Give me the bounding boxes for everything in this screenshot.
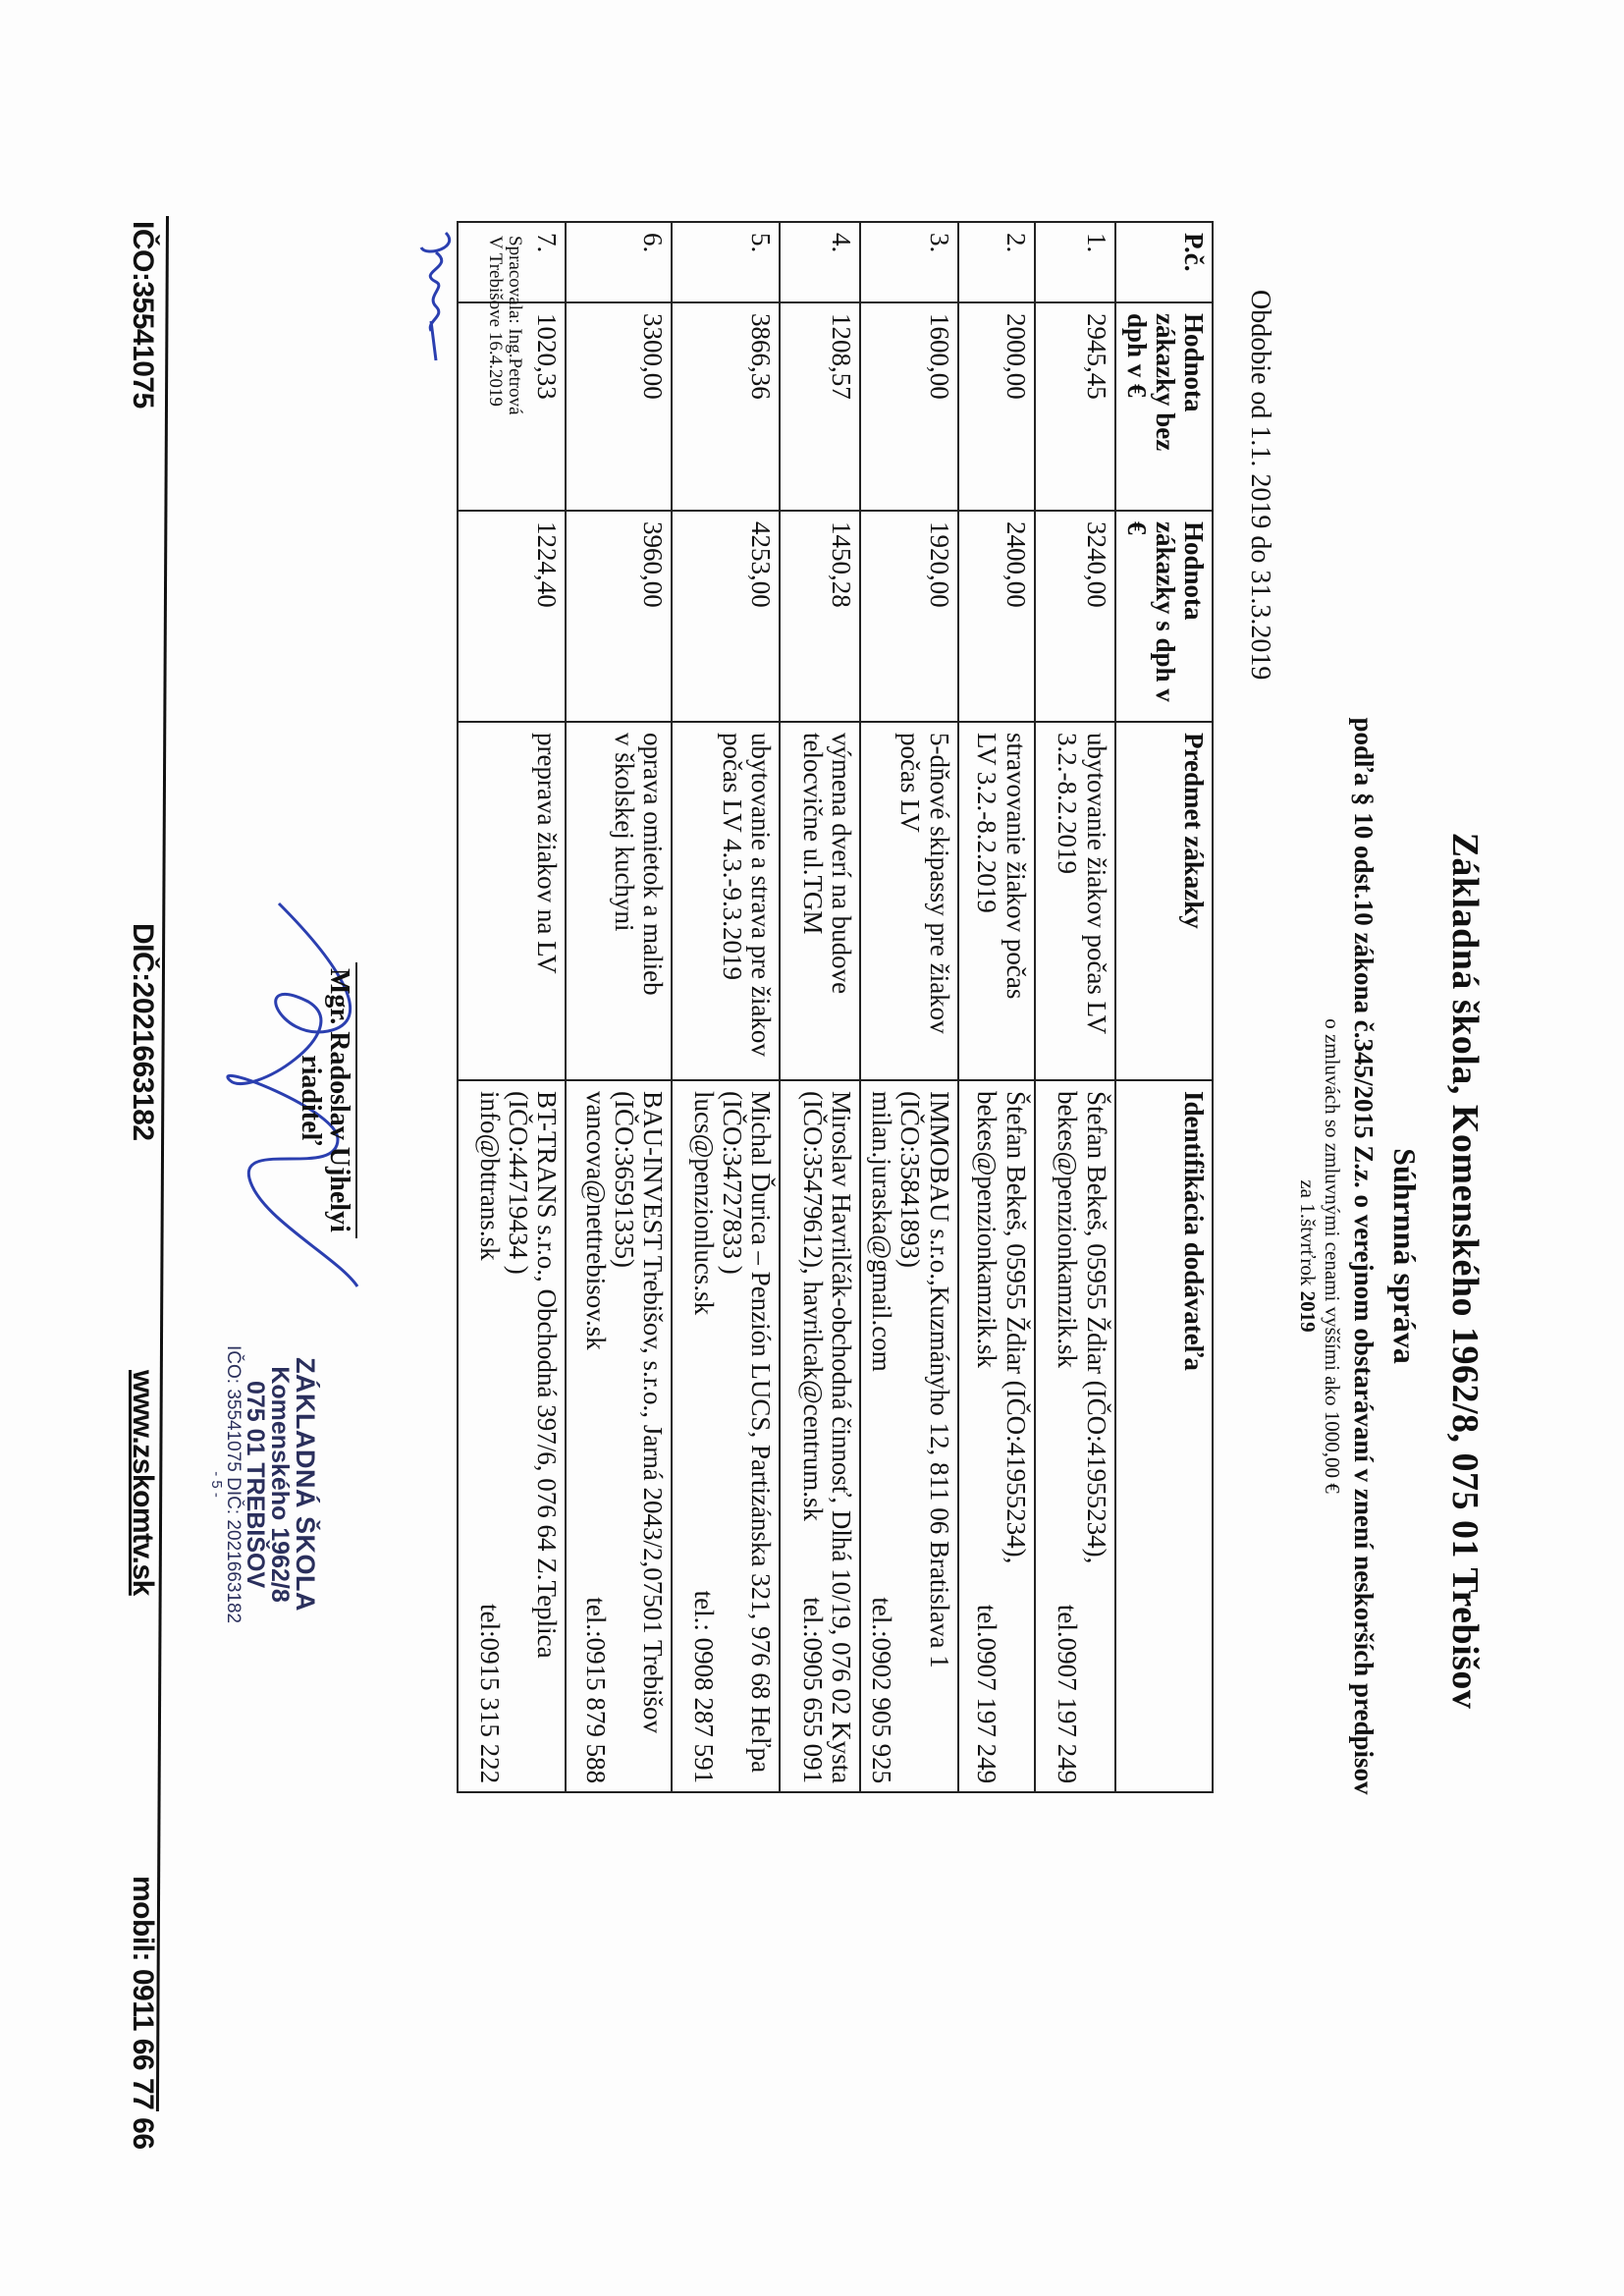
footer-ico: IČO:35541075 — [126, 221, 159, 409]
table-row: 6.3300,003960,00oprava omietok a maliebv… — [566, 222, 672, 1792]
row-number: 4. — [780, 222, 860, 302]
document-page: Základná škola, Komenského 1962/8, 075 0… — [0, 0, 1624, 2296]
footer-divider — [156, 216, 169, 2111]
table-row: 3.1600,001920,005-dňové skipassy pre žia… — [860, 222, 957, 1792]
value-incl-vat: 2400,00 — [958, 511, 1035, 722]
report-period: Obdobie od 1.1. 2019 do 31.3.2019 — [1244, 290, 1275, 680]
director-block: Mgr. Radoslav Ujhelyi riaditeľ — [296, 962, 357, 1238]
supplier-phone: tel.:0902 905 925 — [867, 1597, 895, 1783]
contract-subject: ubytovanie a strava pre žiakovpočas LV 4… — [672, 722, 780, 1080]
director-name: Mgr. Radoslav Ujhelyi — [325, 962, 357, 1238]
footer-website-link[interactable]: www.zskomtv.sk — [126, 1370, 159, 1596]
table-header-row: P.č. Hodnota zákazky bez dph v € Hodnota… — [1115, 222, 1213, 1792]
table-row: 5.3866,364253,00ubytovanie a strava pre … — [672, 222, 780, 1792]
col-header-supplier: Identifikácia dodávateľa — [1115, 1080, 1213, 1792]
supplier-identification: Miroslav Havrilčák-obchodná činnosť, Dlh… — [780, 1080, 860, 1792]
supplier-phone: tel.:0915 879 588 — [581, 1597, 610, 1783]
row-number: 6. — [566, 222, 672, 302]
supplier-identification: BAU-INVEST Trebišov, s.r.o., Jarná 2043/… — [566, 1080, 672, 1792]
row-number: 3. — [860, 222, 957, 302]
value-excl-vat: 1208,57 — [780, 302, 860, 511]
supplier-phone: tel.: 0908 287 591 — [689, 1591, 718, 1784]
school-stamp: ZÁKLADNÁ ŠKOLA Komenského 1962/8 075 01 … — [209, 1345, 318, 1623]
contracts-table: P.č. Hodnota zákazky bez dph v € Hodnota… — [457, 221, 1214, 1793]
preparer-signature-icon — [406, 228, 465, 365]
contracts-threshold: o zmluvách so zmluvnými cenami vyššími a… — [1320, 0, 1344, 2296]
prepared-by: Spracovala: Ing.Petrová V Trebišove 16.4… — [485, 236, 524, 415]
col-header-value-incl-vat: Hodnota zákazky s dph v € — [1115, 511, 1213, 722]
supplier-phone: tel:0915 315 222 — [475, 1604, 504, 1783]
table-body: 1.2945,453240,00ubytovanie žiakov počas … — [458, 222, 1114, 1792]
col-header-subject: Predmet zákazky — [1115, 722, 1213, 1080]
table-row: 2.2000,002400,00stravovanie žiakov počas… — [958, 222, 1035, 1792]
report-title: Súhrnná správa — [1386, 0, 1423, 2296]
contract-subject: 5-dňové skipassy pre žiakovpočas LV — [860, 722, 957, 1080]
contract-subject: výmena dverí na budovetelocvične ul.TGM — [780, 722, 860, 1080]
row-number: 2. — [958, 222, 1035, 302]
contract-subject: preprava žiakov na LV — [458, 722, 566, 1080]
contract-subject: stravovanie žiakov počasLV 3.2.-8.2.2019 — [958, 722, 1035, 1080]
value-excl-vat: 3300,00 — [566, 302, 672, 511]
supplier-identification: IMMOBAU s.r.o.,Kuzmányho 12, 811 06 Brat… — [860, 1080, 957, 1792]
value-excl-vat: 3866,36 — [672, 302, 780, 511]
value-incl-vat: 3240,00 — [1035, 511, 1115, 722]
value-incl-vat: 1450,28 — [780, 511, 860, 722]
footer-dic: DIČ:2021663182 — [126, 923, 159, 1141]
supplier-identification: Štefan Bekeš, 05955 Ždiar (IČO:41955234)… — [958, 1080, 1035, 1792]
value-incl-vat: 1224,40 — [458, 511, 566, 722]
value-incl-vat: 3960,00 — [566, 511, 672, 722]
law-reference: podľa § 10 odst.10 zákona č.345/2015 Z.z… — [1348, 0, 1379, 2296]
value-excl-vat: 2945,45 — [1035, 302, 1115, 511]
table-row: 1.2945,453240,00ubytovanie žiakov počas … — [1035, 222, 1115, 1792]
supplier-identification: BT-TRANS s.r.o., Obchodná 397/6, 076 64 … — [458, 1080, 566, 1792]
table-row: 7.1020,331224,40preprava žiakov na LVBT-… — [458, 222, 566, 1792]
col-header-number: P.č. — [1115, 222, 1213, 302]
school-title: Základná škola, Komenského 1962/8, 075 0… — [1443, 0, 1487, 2296]
value-excl-vat: 2000,00 — [958, 302, 1035, 511]
contract-subject: oprava omietok a maliebv školskej kuchyn… — [566, 722, 672, 1080]
director-role: riaditeľ — [296, 962, 324, 1238]
table-row: 4.1208,571450,28výmena dverí na budovete… — [780, 222, 860, 1792]
supplier-identification: Štefan Bekeš, 05955 Ždiar (IČO:41955234)… — [1035, 1080, 1115, 1792]
supplier-phone: tel.0907 197 249 — [1053, 1605, 1081, 1783]
row-number: 5. — [672, 222, 780, 302]
supplier-phone: tel.:0905 655 091 — [798, 1597, 827, 1783]
supplier-phone: tel.0907 197 249 — [972, 1605, 1001, 1783]
value-incl-vat: 1920,00 — [860, 511, 957, 722]
col-header-value-excl-vat: Hodnota zákazky bez dph v € — [1115, 302, 1213, 511]
value-incl-vat: 4253,00 — [672, 511, 780, 722]
supplier-identification: Michal Ďurica – Penzión LUCS, Partizánsk… — [672, 1080, 780, 1792]
contract-subject: ubytovanie žiakov počas LV3.2.-8.2.2019 — [1035, 722, 1115, 1080]
row-number: 1. — [1035, 222, 1115, 302]
value-excl-vat: 1600,00 — [860, 302, 957, 511]
footer-mobile: mobil: 0911 66 77 66 — [126, 1876, 159, 2150]
quarter-line: za 1.štvrťrok 2019 — [1295, 0, 1320, 2296]
